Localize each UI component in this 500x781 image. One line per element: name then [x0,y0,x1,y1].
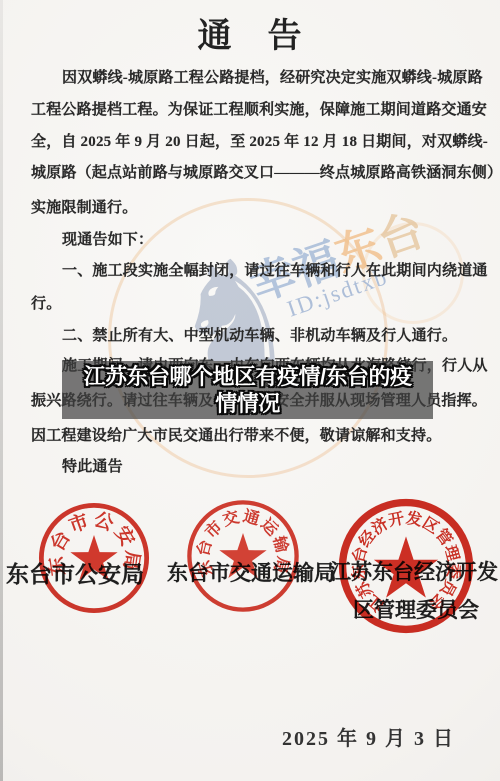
notice-line: 城原路（起点站前路与城原路交叉口———终点城原路高铁涵洞东侧） [31,161,500,182]
photo-edge-shadow [0,0,3,781]
caption-line-1: 江苏东台哪个地区有疫情/东台的疫 [83,363,411,390]
notice-line: 实施限制通行。 [31,196,137,217]
notice-line: 工程公路提档工程。为保证工程顺利实施，保障施工期间道路交通安 [31,98,487,119]
notice-line: 二、禁止所有大、中型机动车辆、非机动车辆及行人通行。 [31,324,457,345]
notice-line: 全，自 2025 年 9 月 20 日起，至 2025 年 12 月 18 日期… [31,130,488,151]
notice-line: 行。 [31,292,61,313]
official-seal-police-icon: 东台市公安局 [27,491,161,625]
official-seal-edz-icon: 江苏东台经济开发区管理委员会 [332,492,480,640]
sign-date: 2025 年 9 月 3 日 [0,722,455,751]
notice-line: 现通告如下： [31,228,153,249]
notice-title: 通 告 [0,8,500,57]
notice-line: 一、施工段实施全幅封闭，请过往车辆和行人在此期间内绕道通 [31,259,488,280]
official-seal-transport-icon: 东台市交通运输局 [176,489,310,623]
seal-star-icon [374,536,438,597]
seal-star-icon [219,533,266,578]
caption-line-2: 情情况 [215,390,280,417]
caption-overlay: 江苏东台哪个地区有疫情/东台的疫 情情况 [62,361,433,419]
notice-line: 因双蟒线-城原路工程公路提档，经研究决定实施双蟒线-城原路 [31,66,483,87]
notice-photo: ♞ 幸福东台 ID:jsdtxb 通 告 因双蟒线-城原路工程公路提档，经研究决… [0,0,500,781]
notice-closing: 特此通告 [31,455,123,476]
notice-line: 因工程建设给广大市民交通出行带来不便，敬请谅解和支持。 [31,424,441,445]
seal-star-icon [70,535,117,580]
